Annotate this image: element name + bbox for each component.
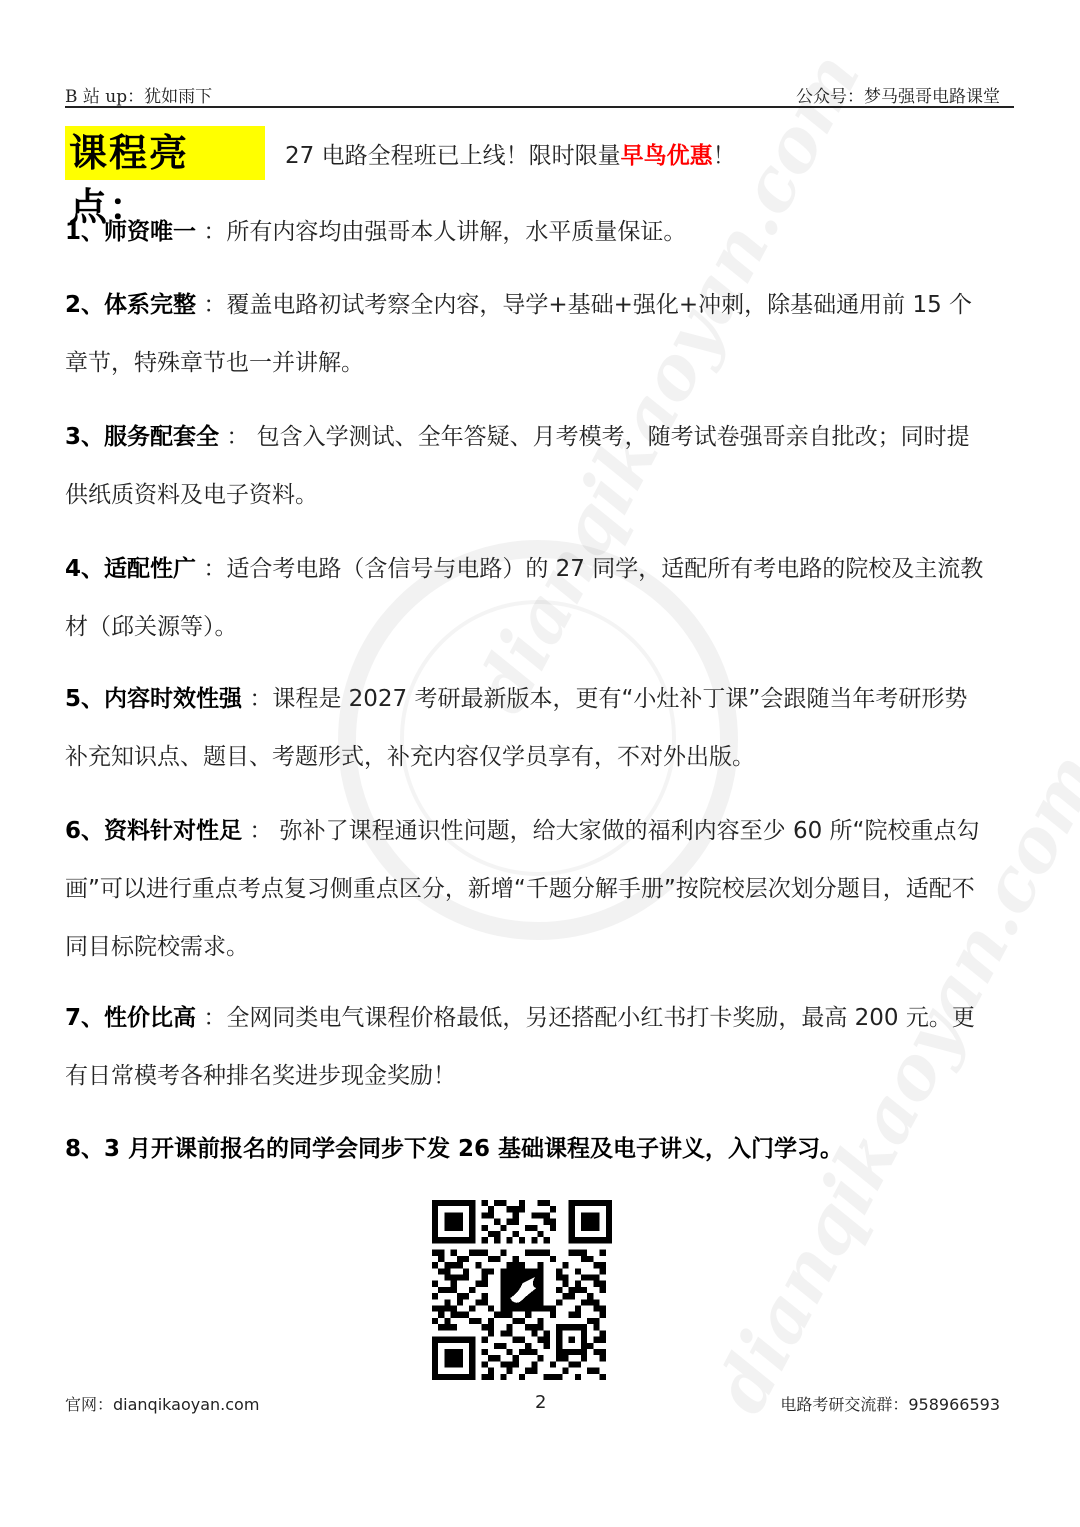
highlight-item-4: 4、适配性广 ：适合考电路（含信号与电路）的 27 同学，适配所有考电路的院校及… [65,540,985,656]
footer-website: 官网：dianqikaoyan.com [65,1392,259,1415]
subtitle-suffix: ！ [713,143,736,169]
item-heading: 1、师资唯一 [65,219,196,245]
footer-qq-group: 电路考研交流群：958966593 [780,1392,1000,1415]
item-body: ：全网同类电气课程价格最低，另还搭配小红书打卡奖励，最高 200 元。更有日常模… [65,1005,975,1089]
item-heading: 2、体系完整 [65,292,196,318]
item-body: ：适合考电路（含信号与电路）的 27 同学，适配所有考电路的院校及主流教材（邱关… [65,556,983,640]
highlight-item-3: 3、服务配套全 ： 包含入学测试、全年答疑、月考模考，随考试卷强哥亲自批改；同时… [65,408,985,524]
item-heading: 3、服务配套全 [65,424,219,450]
subtitle-prefix: 27 电路全程班已上线！限时限量 [285,143,621,169]
highlight-item-1: 1、师资唯一 ：所有内容均由强哥本人讲解，水平质量保证。 [65,203,985,261]
qr-code-icon[interactable] [432,1200,612,1380]
item-heading: 6、资料针对性足 [65,818,242,844]
highlight-item-6: 6、资料针对性足 ： 弥补了课程通识性问题，给大家做的福利内容至少 60 所“院… [65,802,985,976]
page-footer: 官网：dianqikaoyan.com 2 电路考研交流群：958966593 [65,1392,1000,1416]
highlight-item-5: 5、内容时效性强 ：课程是 2027 考研最新版本，更有“小灶补丁课”会跟随当年… [65,670,985,786]
item-heading: 5、内容时效性强 [65,686,242,712]
item-body: ：覆盖电路初试考察全内容，导学+基础+强化+冲刺，除基础通用前 15 个章节，特… [65,292,972,376]
item-heading: 7、性价比高 [65,1005,196,1031]
item-heading: 4、适配性广 [65,556,196,582]
highlight-item-8: 8、3 月开课前报名的同学会同步下发 26 基础课程及电子讲义，入门学习。 [65,1120,985,1178]
highlights-title-badge: 课程亮点： [65,126,265,180]
highlight-item-2: 2、体系完整 ：覆盖电路初试考察全内容，导学+基础+强化+冲刺，除基础通用前 1… [65,276,985,392]
title-subtitle: 27 电路全程班已上线！限时限量早鸟优惠！ [285,137,736,170]
highlight-item-7: 7、性价比高 ：全网同类电气课程价格最低，另还搭配小红书打卡奖励，最高 200 … [65,989,985,1105]
header-bilibili-up: B 站 up：犹如雨下 [65,82,212,107]
item-body: ：所有内容均由强哥本人讲解，水平质量保证。 [196,219,686,245]
title-row: 课程亮点： 27 电路全程班已上线！限时限量早鸟优惠！ [65,126,736,180]
header-wechat-account: 公众号：梦马强哥电路课堂 [796,82,1000,107]
item-heading: 8、3 月开课前报名的同学会同步下发 26 基础课程及电子讲义，入门学习。 [65,1136,843,1162]
page-header: B 站 up：犹如雨下 公众号：梦马强哥电路课堂 [65,80,1014,108]
page-number: 2 [535,1392,546,1413]
early-bird-highlight: 早鸟优惠 [621,143,713,169]
